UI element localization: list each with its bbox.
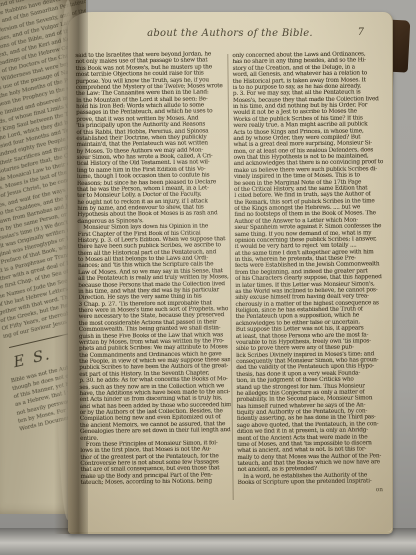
book-photograph: ters of the Bible, and of the Authors of… [0, 0, 416, 555]
running-header: about the Authors of the Bible. [68, 28, 392, 39]
gutter-shadow [54, 0, 88, 534]
right-column: only concerned about the Laws and Ordina… [232, 51, 388, 486]
text-line: Books of Scripture upon the pretended In… [238, 478, 389, 486]
catchword: on [235, 487, 383, 495]
left-column: said to the Israelites that were beyond … [75, 51, 231, 486]
recto-page: about the Authors of the Bible. 7 said t… [68, 12, 393, 534]
text-line: tateuch; Moses, according to his Notions… [81, 478, 232, 486]
page-number: 7 [358, 27, 364, 38]
